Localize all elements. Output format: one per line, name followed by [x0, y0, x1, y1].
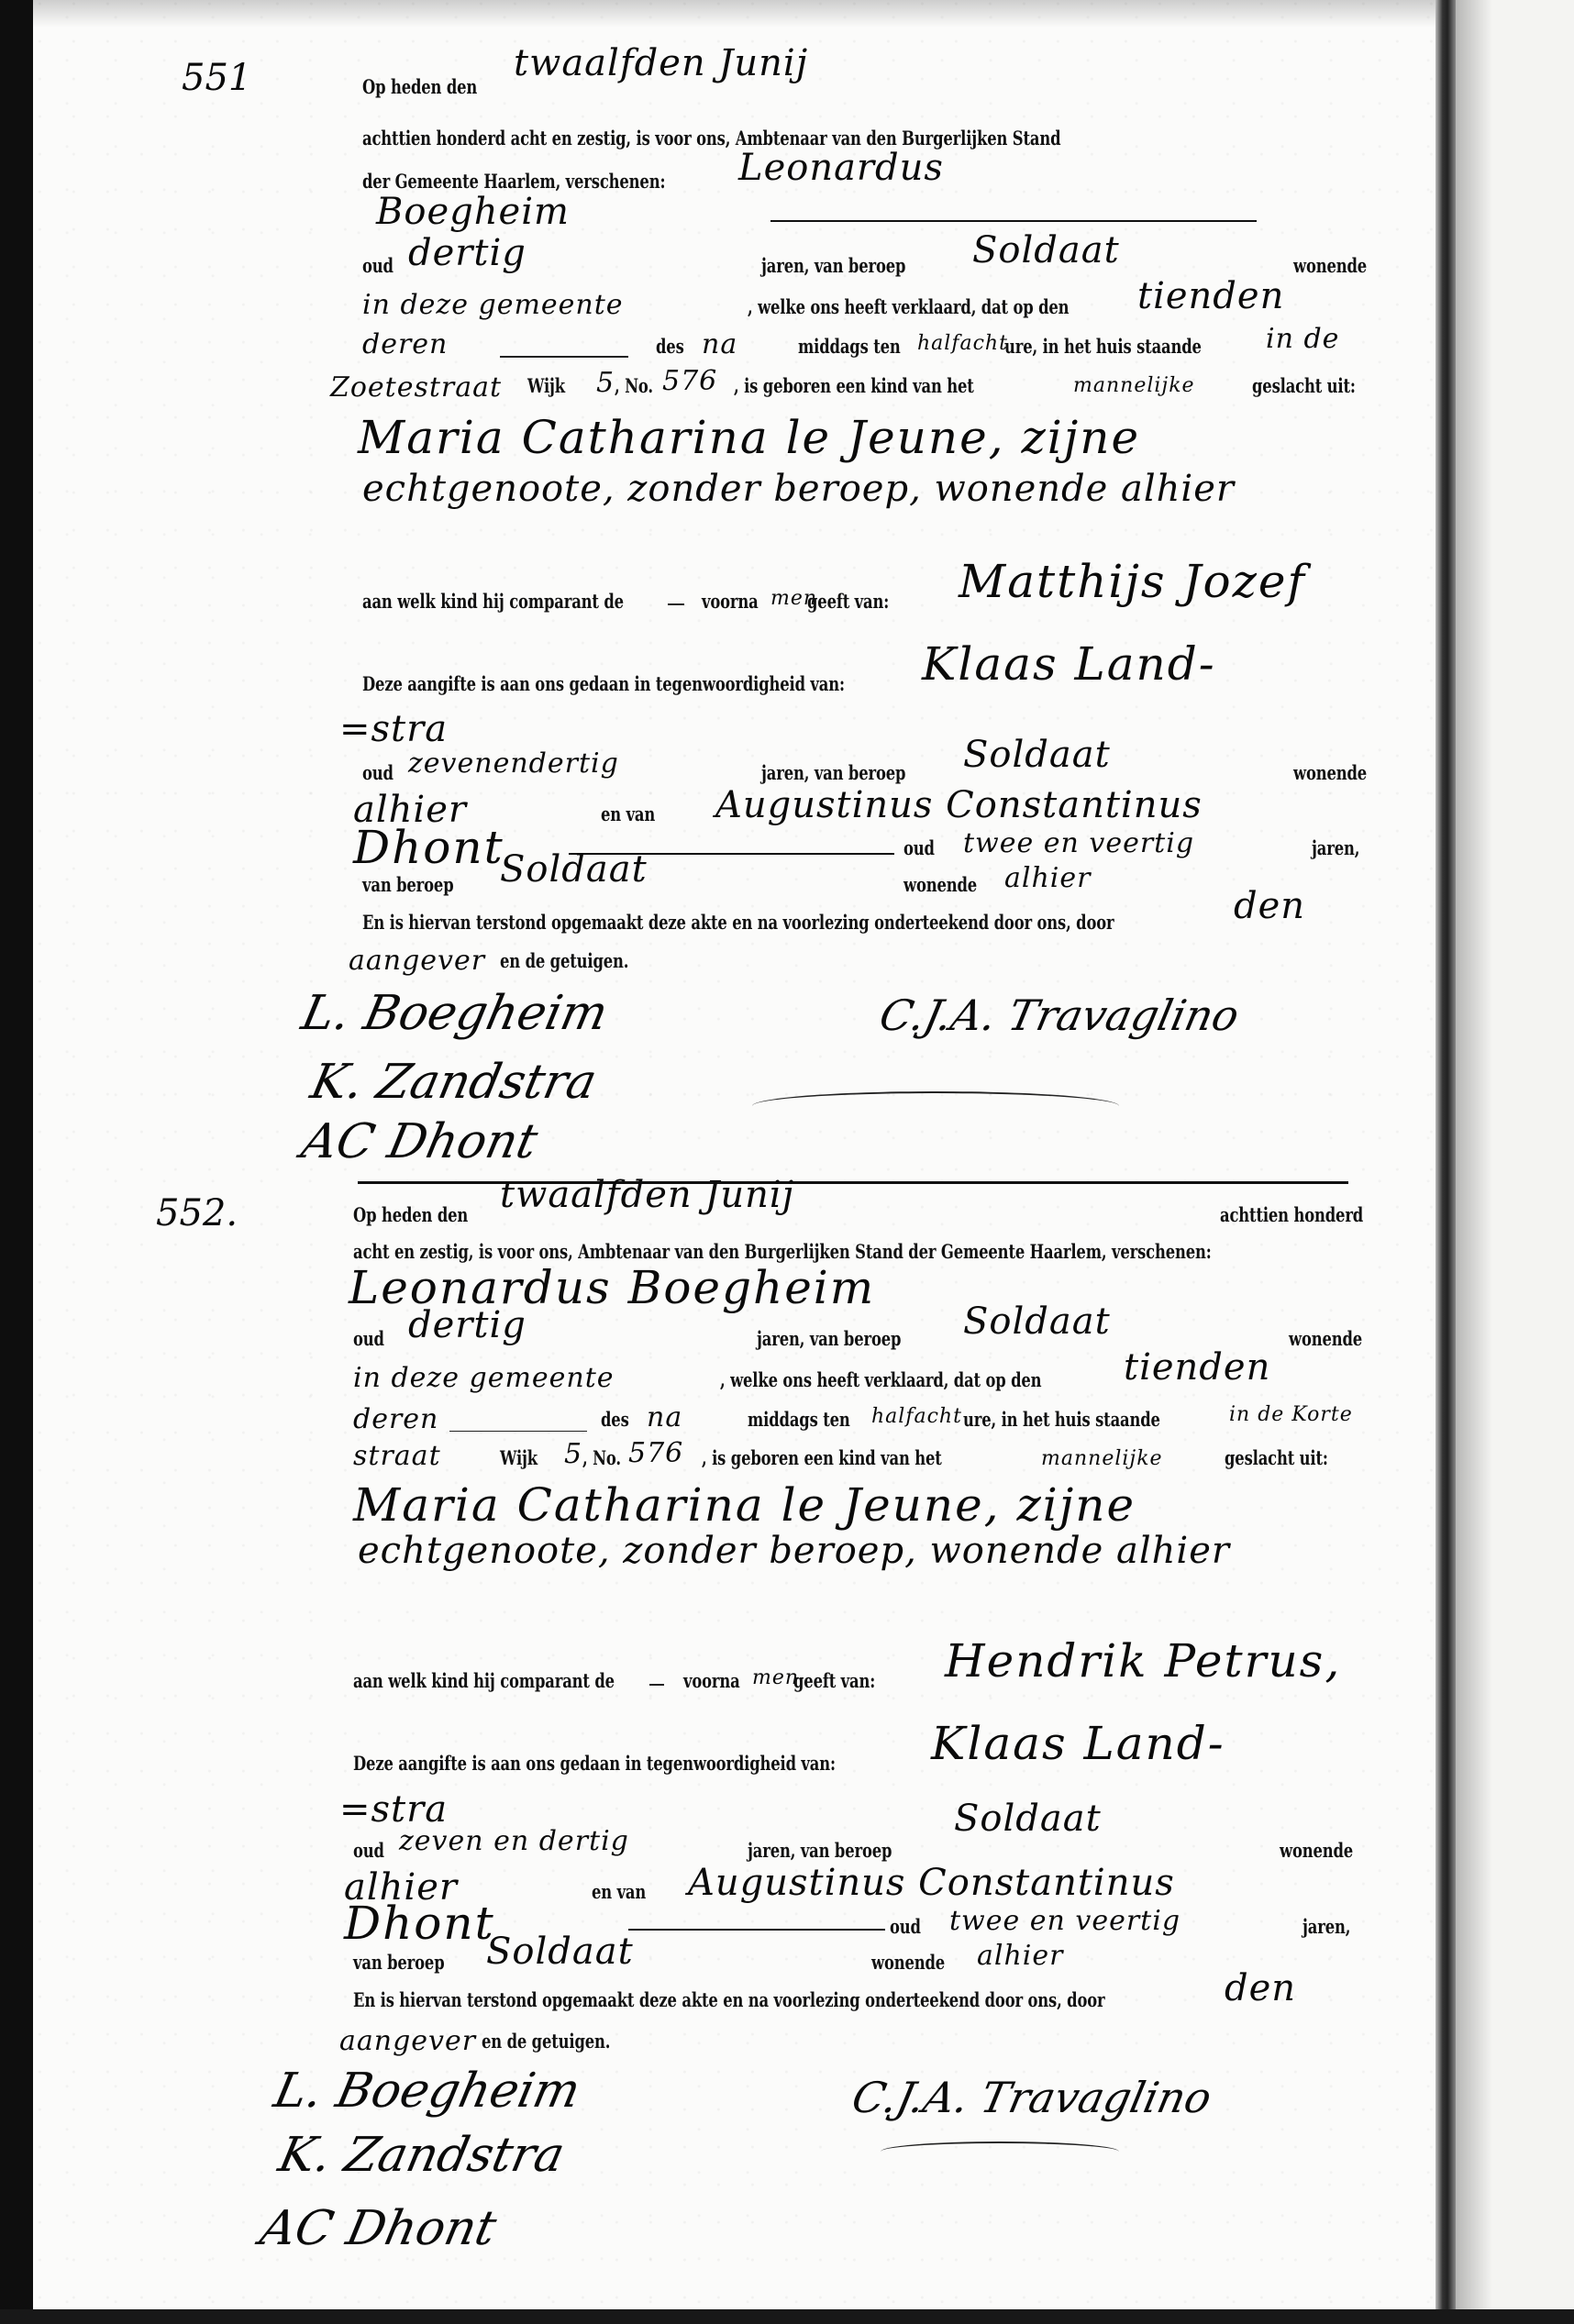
printed-text: voorna [702, 590, 759, 613]
handwritten-declarant-firstname: Leonardus [738, 147, 944, 189]
handwritten-text: in de [1266, 323, 1339, 355]
handwritten-text: den [1234, 885, 1305, 927]
handwritten-month: deren [353, 1403, 438, 1435]
handwritten-occupation: Soldaat [972, 229, 1120, 271]
signature-declarant: L. Boegheim [297, 986, 613, 1041]
fill-line [500, 356, 628, 358]
printed-text: voorna [683, 1669, 740, 1692]
record-number: 552. [156, 1192, 238, 1234]
fill-line [449, 1431, 587, 1432]
handwritten-witness2: Augustinus Constantinus [715, 784, 1203, 826]
handwritten-text: aangever [349, 945, 485, 977]
printed-text: , welke ons heeft verklaard, dat op den [720, 1368, 1041, 1391]
printed-text: Deze aangifte is aan ons gedaan in tegen… [353, 1752, 836, 1775]
printed-text: En is hiervan terstond opgemaakt deze ak… [362, 911, 1114, 934]
signature-witness1: K. Zandstra [274, 2128, 570, 2183]
adjacent-page-edge [1456, 0, 1574, 2324]
printed-text: aan welk kind hij comparant de [362, 590, 624, 613]
printed-text: oud [353, 1839, 384, 1862]
fill-line [770, 220, 1257, 222]
handwritten-age: zevenendertig [408, 747, 619, 780]
record-number: 551 [182, 57, 251, 99]
handwritten-occupation: Soldaat [954, 1798, 1102, 1840]
printed-text: Wijk [527, 374, 565, 397]
printed-text: ure, in het huis staande [1004, 335, 1202, 358]
handwritten-witness1: Klaas Land- [931, 1717, 1225, 1770]
handwritten-residence: alhier [1004, 862, 1092, 894]
handwritten-child-name: Hendrik Petrus, [945, 1634, 1341, 1688]
printed-text: des [656, 335, 684, 358]
handwritten-sex: mannelijke [1073, 374, 1195, 397]
handwritten-text: in de Korte [1229, 1403, 1353, 1426]
book-spine [1435, 0, 1456, 2324]
handwritten-age: dertig [408, 1304, 527, 1346]
printed-text: wonende [1293, 254, 1367, 277]
printed-text: middags ten [798, 335, 901, 358]
handwritten-ward: 5 [564, 1438, 582, 1470]
printed-text: en van [601, 802, 655, 825]
scan-bottom-border [0, 2309, 1574, 2324]
signature-witness2: AC Dhont [297, 1114, 543, 1169]
handwritten-sex: mannelijke [1041, 1447, 1163, 1470]
handwritten-date: twaalfden Junij [514, 42, 808, 84]
handwritten-age: twee en veertig [963, 827, 1194, 859]
printed-text: , No. [582, 1446, 621, 1469]
handwritten-declarant-surname: Boegheim [376, 191, 570, 233]
handwritten-occupation: Soldaat [963, 734, 1111, 776]
printed-text: achttien honderd [1220, 1203, 1363, 1226]
printed-text: oud [890, 1915, 921, 1938]
printed-text: oud [362, 761, 393, 784]
handwritten-month: deren [362, 328, 448, 360]
scan-left-border [0, 0, 33, 2324]
handwritten-residence: in deze gemeente [362, 289, 624, 321]
printed-text: geslacht uit: [1252, 374, 1356, 397]
printed-text: middags ten [748, 1408, 850, 1431]
handwritten-residence: alhier [977, 1940, 1064, 1972]
printed-text: Wijk [500, 1446, 538, 1469]
signature-witness2: AC Dhont [256, 2201, 502, 2256]
handwritten-mother-name: Maria Catharina le Jeune, zijne [358, 411, 1140, 464]
fill-mark [649, 1684, 664, 1686]
printed-text: wonende [1280, 1839, 1353, 1862]
handwritten-date: twaalfden Junij [500, 1174, 794, 1216]
printed-text: oud [353, 1327, 384, 1350]
printed-text: des [601, 1408, 629, 1431]
signature-flourish [881, 2141, 1119, 2162]
printed-text: wonende [1289, 1327, 1362, 1350]
printed-text: Deze aangifte is aan ons gedaan in tegen… [362, 672, 845, 695]
printed-text: Op heden den [353, 1203, 468, 1226]
printed-text: jaren, van beroep [761, 254, 905, 277]
handwritten-witness2: Augustinus Constantinus [688, 1862, 1175, 1904]
handwritten-time: halfacht [871, 1405, 962, 1428]
handwritten-street: Zoetestraat [330, 371, 502, 404]
signature-official: C.J.A. Travaglino [848, 2073, 1215, 2122]
printed-text: Op heden den [362, 75, 477, 98]
printed-text: geeft van: [793, 1669, 875, 1692]
handwritten-text: men [752, 1666, 799, 1689]
printed-text: geslacht uit: [1225, 1446, 1328, 1469]
handwritten-child-name: Matthijs Jozef [959, 555, 1306, 608]
printed-text: en de getuigen. [500, 949, 628, 972]
printed-text: jaren, [1312, 836, 1359, 859]
handwritten-witness2-surname: Dhont [353, 821, 504, 874]
printed-text: van beroep [362, 873, 453, 896]
handwritten-text: na [702, 328, 737, 360]
printed-text: wonende [1293, 761, 1367, 784]
handwritten-birth-day: tienden [1124, 1346, 1270, 1389]
printed-text: , is geboren een kind van het [702, 1446, 942, 1469]
handwritten-age: dertig [408, 232, 527, 274]
handwritten-text: aangever [339, 2025, 476, 2057]
printed-text: ure, in het huis staande [963, 1408, 1160, 1431]
printed-text: aan welk kind hij comparant de [353, 1669, 615, 1692]
printed-text: , No. [615, 374, 653, 397]
handwritten-street: straat [353, 1440, 441, 1472]
handwritten-text: na [647, 1401, 682, 1433]
printed-text: jaren, [1302, 1915, 1350, 1938]
printed-text: jaren, van beroep [748, 1839, 892, 1862]
printed-text: jaren, van beroep [757, 1327, 901, 1350]
handwritten-ward: 5 [596, 367, 615, 399]
printed-text: achttien honderd acht en zestig, is voor… [362, 127, 1060, 149]
handwritten-age: zeven en dertig [399, 1825, 629, 1857]
printed-text: en de getuigen. [482, 2030, 610, 2053]
fill-mark [668, 603, 684, 605]
handwritten-time: halfacht [917, 332, 1008, 355]
printed-text: oud [362, 254, 393, 277]
printed-text: En is hiervan terstond opgemaakt deze ak… [353, 1988, 1104, 2011]
printed-text: oud [903, 836, 935, 859]
handwritten-house-number: 576 [662, 365, 717, 397]
printed-text: geeft van: [807, 590, 889, 613]
handwritten-birth-day: tienden [1137, 275, 1284, 317]
printed-text: jaren, van beroep [761, 761, 905, 784]
printed-text: van beroep [353, 1951, 444, 1974]
printed-text: der Gemeente Haarlem, verschenen: [362, 170, 665, 193]
handwritten-witness1: Klaas Land- [922, 637, 1216, 691]
signature-witness1: K. Zandstra [306, 1055, 602, 1110]
printed-text: wonende [871, 1951, 945, 1974]
handwritten-house-number: 576 [628, 1437, 683, 1469]
handwritten-occupation: Soldaat [500, 848, 648, 891]
handwritten-witness2-surname: Dhont [344, 1897, 495, 1950]
handwritten-mother-details: echtgenoote, zonder beroep, wonende alhi… [362, 468, 1235, 510]
printed-text: acht en zestig, is voor ons, Ambtenaar v… [353, 1240, 1212, 1263]
handwritten-witness1-cont: =stra [339, 708, 448, 750]
signature-flourish [752, 1091, 1119, 1121]
handwritten-residence: in deze gemeente [353, 1362, 615, 1394]
handwritten-occupation: Soldaat [486, 1931, 634, 1973]
printed-text: , is geboren een kind van het [734, 374, 974, 397]
fill-line [628, 1929, 885, 1931]
handwritten-text: den [1225, 1967, 1296, 2009]
printed-text: wonende [903, 873, 977, 896]
printed-text: en van [592, 1880, 646, 1903]
printed-text: , welke ons heeft verklaard, dat op den [748, 295, 1069, 318]
signature-official: C.J.A. Travaglino [875, 990, 1243, 1040]
handwritten-occupation: Soldaat [963, 1300, 1111, 1343]
signature-declarant: L. Boegheim [270, 2064, 585, 2119]
handwritten-mother-details: echtgenoote, zonder beroep, wonende alhi… [358, 1530, 1230, 1572]
handwritten-mother-name: Maria Catharina le Jeune, zijne [353, 1478, 1136, 1532]
handwritten-age: twee en veertig [949, 1905, 1180, 1937]
